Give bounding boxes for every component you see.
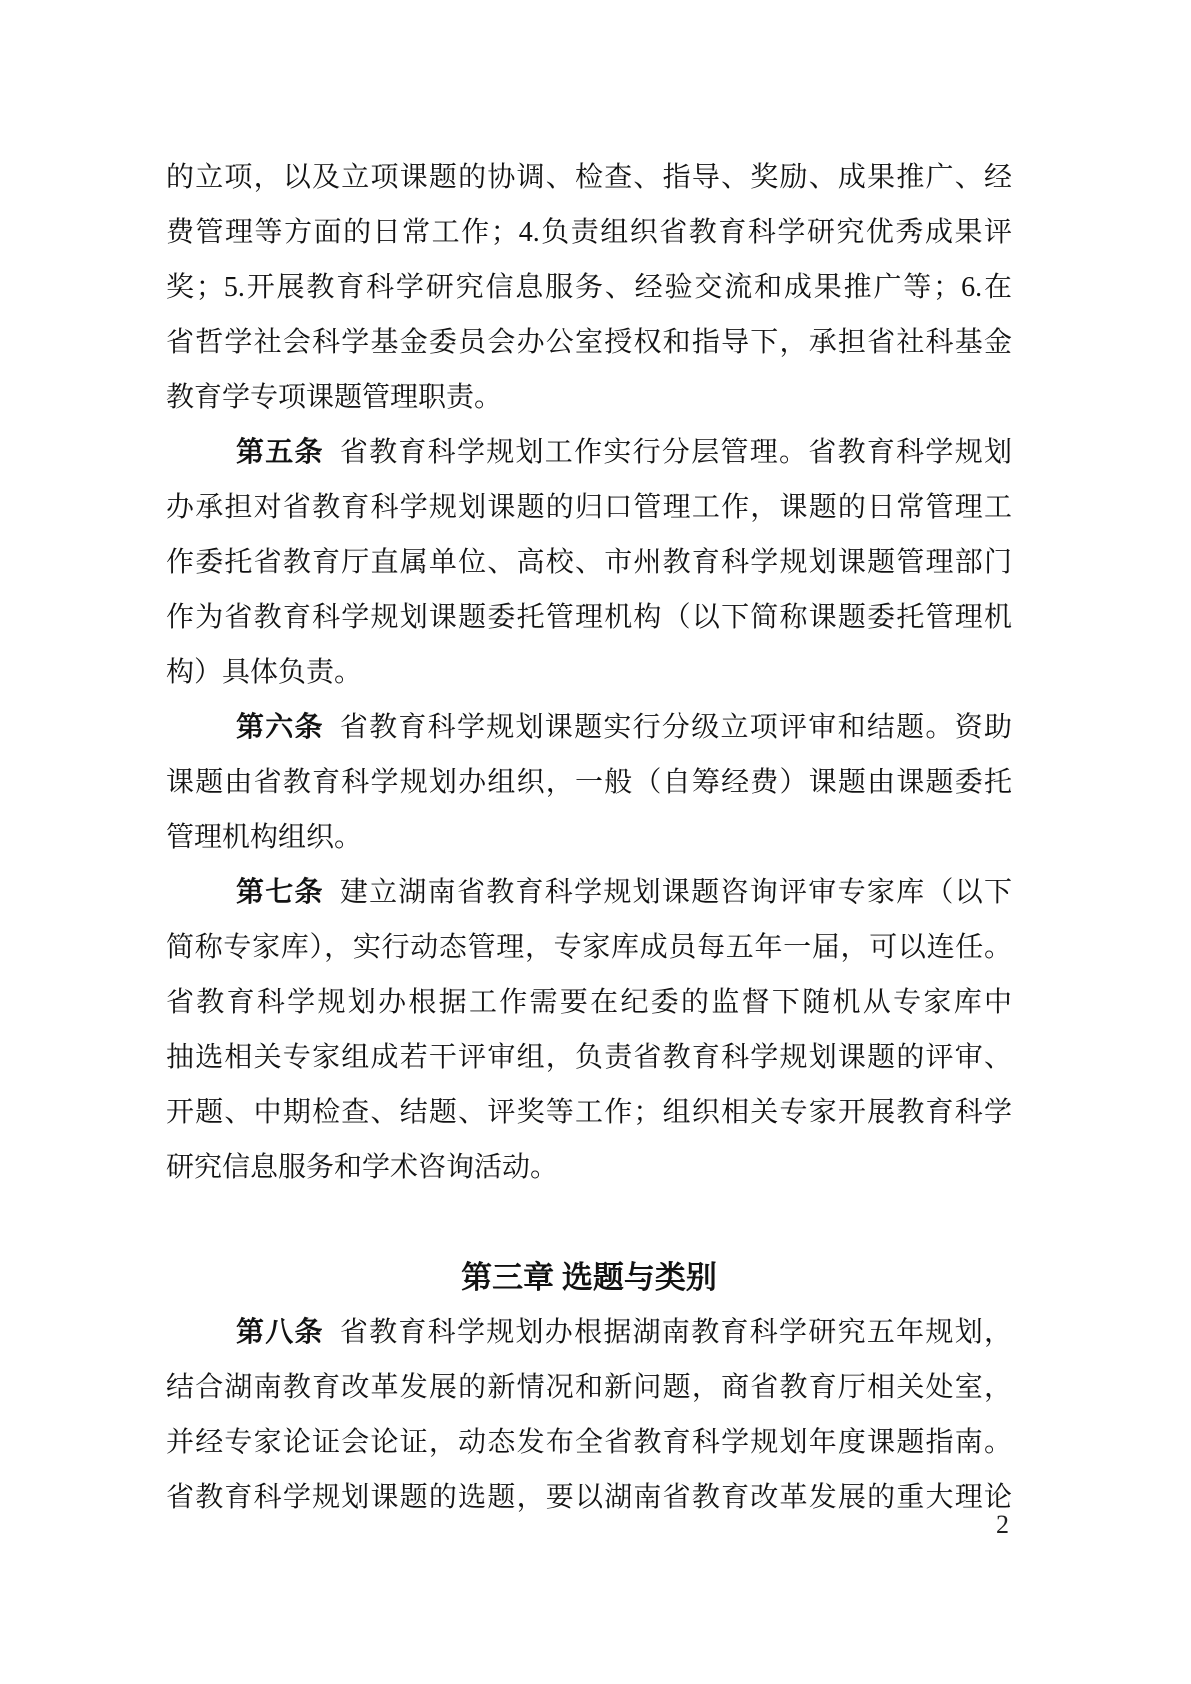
text-line: 抽选相关专家组成若干评审组，负责省教育科学规划课题的评审、 — [166, 1030, 1012, 1085]
text-line: 奖；5.开展教育科学研究信息服务、经验交流和成果推广等；6.在 — [166, 260, 1012, 315]
line-text: 奖；5.开展教育科学研究信息服务、经验交流和成果推广等；6.在 — [166, 272, 1012, 303]
text-line: 课题由省教育科学规划办组织，一般（自筹经费）课题由课题委托 — [166, 755, 1012, 810]
article-number: 第五条 — [236, 437, 324, 468]
text-line: 构）具体负责。 — [166, 645, 1012, 700]
line-text: 省教育科学规划工作实行分层管理。省教育科学规划 — [340, 437, 1012, 468]
text-line: 省哲学社会科学基金委员会办公室授权和指导下，承担省社科基金 — [166, 315, 1012, 370]
text-line: 开题、中期检查、结题、评奖等工作；组织相关专家开展教育科学 — [166, 1085, 1012, 1140]
line-text: 研究信息服务和学术咨询活动。 — [166, 1152, 558, 1183]
text-line: 办承担对省教育科学规划课题的归口管理工作，课题的日常管理工 — [166, 480, 1012, 535]
text-line: 的立项，以及立项课题的协调、检查、指导、奖励、成果推广、经 — [166, 150, 1012, 205]
text-line: 简称专家库），实行动态管理，专家库成员每五年一届，可以连任。 — [166, 920, 1012, 975]
line-text: 课题由省教育科学规划办组织，一般（自筹经费）课题由课题委托 — [166, 767, 1012, 798]
line-text: 抽选相关专家组成若干评审组，负责省教育科学规划课题的评审、 — [166, 1042, 1012, 1073]
page-number: 2 — [996, 1510, 1009, 1540]
line-text: 省教育科学规划办根据湖南教育科学研究五年规划， — [340, 1317, 1012, 1348]
text-line: 第八条省教育科学规划办根据湖南教育科学研究五年规划， — [166, 1305, 1012, 1360]
document-body: 的立项，以及立项课题的协调、检查、指导、奖励、成果推广、经费管理等方面的日常工作… — [166, 150, 1012, 1525]
text-line: 费管理等方面的日常工作；4.负责组织省教育科学研究优秀成果评 — [166, 205, 1012, 260]
line-text: 管理机构组织。 — [166, 822, 362, 853]
text-line: 第六条省教育科学规划课题实行分级立项评审和结题。资助 — [166, 700, 1012, 755]
line-text: 简称专家库），实行动态管理，专家库成员每五年一届，可以连任。 — [166, 932, 1012, 963]
article-number: 第七条 — [236, 877, 324, 908]
line-text: 教育学专项课题管理职责。 — [166, 382, 502, 413]
article-number: 第八条 — [236, 1317, 324, 1348]
text-line: 研究信息服务和学术咨询活动。 — [166, 1140, 1012, 1195]
text-line: 管理机构组织。 — [166, 810, 1012, 865]
text-line: 结合湖南教育改革发展的新情况和新问题，商省教育厅相关处室， — [166, 1360, 1012, 1415]
line-text: 开题、中期检查、结题、评奖等工作；组织相关专家开展教育科学 — [166, 1097, 1012, 1128]
line-text: 的立项，以及立项课题的协调、检查、指导、奖励、成果推广、经 — [166, 162, 1012, 193]
line-text: 办承担对省教育科学规划课题的归口管理工作，课题的日常管理工 — [166, 492, 1012, 523]
line-text: 省哲学社会科学基金委员会办公室授权和指导下，承担省社科基金 — [166, 327, 1012, 358]
text-line: 作为省教育科学规划课题委托管理机构（以下简称课题委托管理机 — [166, 590, 1012, 645]
article-number: 第六条 — [236, 712, 324, 743]
text-line: 第七条建立湖南省教育科学规划课题咨询评审专家库（以下 — [166, 865, 1012, 920]
blank-line — [166, 1195, 1012, 1250]
line-text: 结合湖南教育改革发展的新情况和新问题，商省教育厅相关处室， — [166, 1372, 1012, 1403]
line-text: 作委托省教育厅直属单位、高校、市州教育科学规划课题管理部门 — [166, 547, 1012, 578]
line-text: 费管理等方面的日常工作；4.负责组织省教育科学研究优秀成果评 — [166, 217, 1012, 248]
text-line: 第五条省教育科学规划工作实行分层管理。省教育科学规划 — [166, 425, 1012, 480]
line-text: 省教育科学规划办根据工作需要在纪委的监督下随机从专家库中 — [166, 987, 1012, 1018]
line-text: 省教育科学规划课题实行分级立项评审和结题。资助 — [340, 712, 1012, 743]
text-line: 省教育科学规划办根据工作需要在纪委的监督下随机从专家库中 — [166, 975, 1012, 1030]
text-line: 省教育科学规划课题的选题，要以湖南省教育改革发展的重大理论 — [166, 1470, 1012, 1525]
text-line: 并经专家论证会论证，动态发布全省教育科学规划年度课题指南。 — [166, 1415, 1012, 1470]
chapter-heading: 第三章 选题与类别 — [166, 1250, 1012, 1305]
line-text: 并经专家论证会论证，动态发布全省教育科学规划年度课题指南。 — [166, 1427, 1012, 1458]
line-text: 第三章 选题与类别 — [461, 1260, 717, 1295]
text-line: 教育学专项课题管理职责。 — [166, 370, 1012, 425]
document-page: 的立项，以及立项课题的协调、检查、指导、奖励、成果推广、经费管理等方面的日常工作… — [0, 0, 1191, 1684]
text-line: 作委托省教育厅直属单位、高校、市州教育科学规划课题管理部门 — [166, 535, 1012, 590]
line-text: 作为省教育科学规划课题委托管理机构（以下简称课题委托管理机 — [166, 602, 1012, 633]
line-text: 建立湖南省教育科学规划课题咨询评审专家库（以下 — [340, 877, 1012, 908]
line-text: 构）具体负责。 — [166, 657, 362, 688]
line-text: 省教育科学规划课题的选题，要以湖南省教育改革发展的重大理论 — [166, 1482, 1012, 1513]
